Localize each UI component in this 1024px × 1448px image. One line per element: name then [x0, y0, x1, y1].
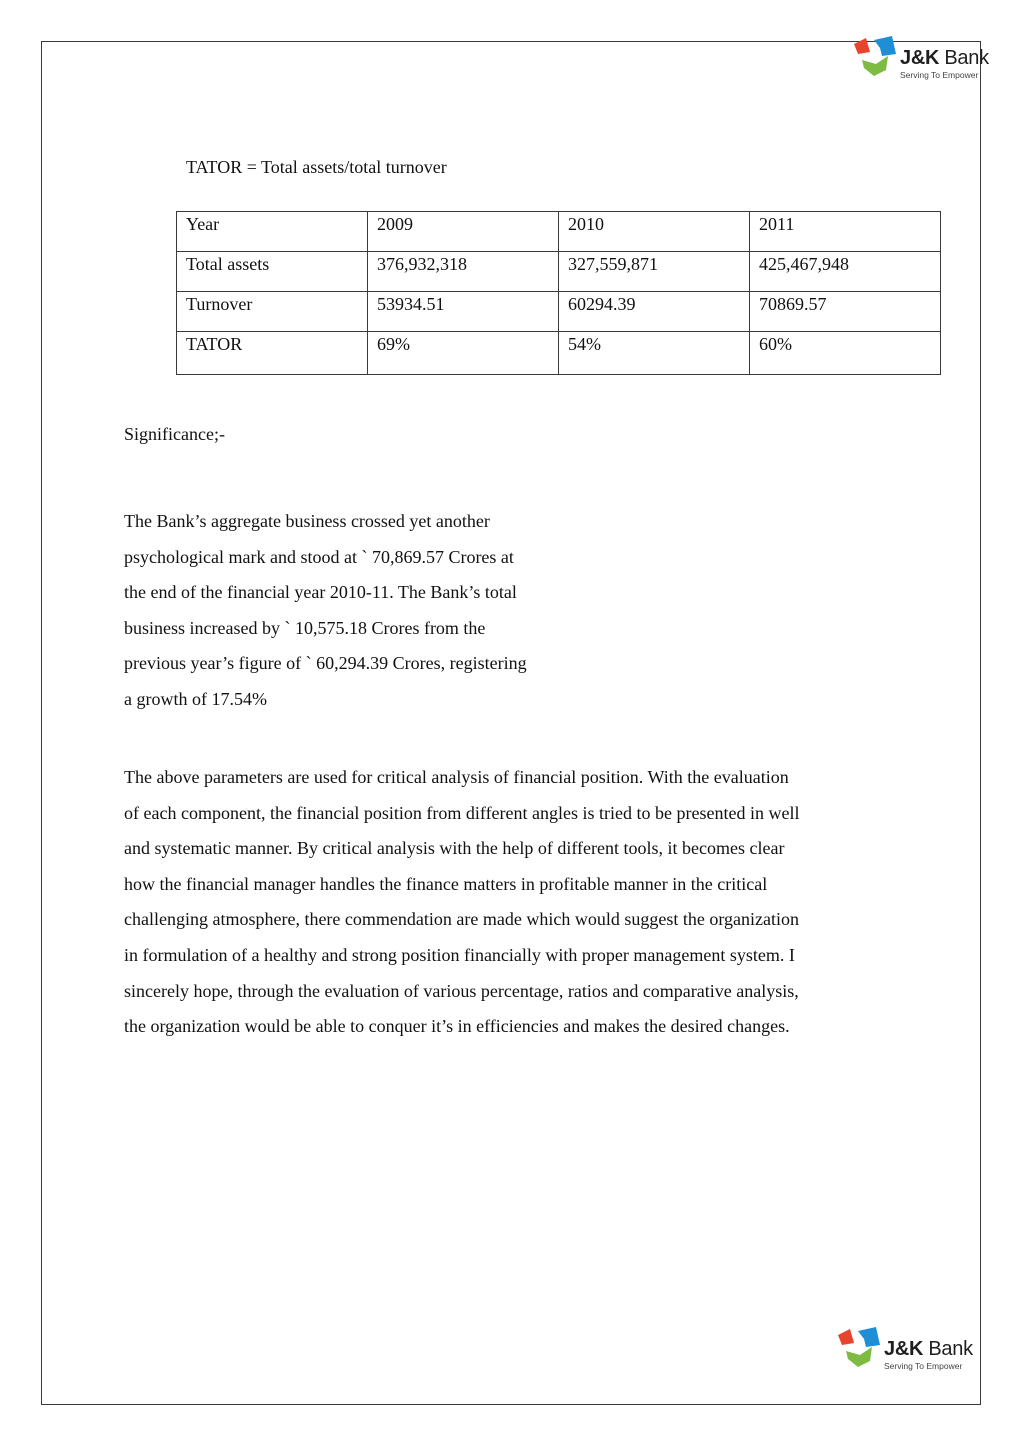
tator-table: Year200920102011Total assets376,932,3183…	[176, 211, 941, 375]
text-line: sincerely hope, through the evaluation o…	[124, 974, 924, 1010]
jk-bank-emblem-icon	[852, 34, 898, 78]
table-cell: 376,932,318	[368, 252, 559, 292]
jk-bank-emblem-icon	[836, 1325, 882, 1369]
jk-bank-logo-bottom: J&K Bank Serving To Empower	[836, 1325, 973, 1371]
text-line: in formulation of a healthy and strong p…	[124, 938, 924, 974]
text-line: a growth of 17.54%	[124, 682, 594, 718]
text-line: challenging atmosphere, there commendati…	[124, 902, 924, 938]
text-line: of each component, the financial positio…	[124, 796, 924, 832]
table-header-row: Year200920102011	[177, 212, 941, 252]
table-cell: 425,467,948	[750, 252, 941, 292]
text-line: how the financial manager handles the fi…	[124, 867, 924, 903]
table-row: Turnover53934.5160294.3970869.57	[177, 292, 941, 332]
text-line: previous year’s figure of ` 60,294.39 Cr…	[124, 646, 594, 682]
table-cell: 2010	[559, 212, 750, 252]
table-row-label: Year	[177, 212, 368, 252]
table-cell: 60294.39	[559, 292, 750, 332]
brand-tagline: Serving To Empower	[900, 70, 989, 80]
jk-bank-logo-top: J&K Bank Serving To Empower	[852, 34, 989, 80]
text-line: psychological mark and stood at ` 70,869…	[124, 540, 594, 576]
table-cell: 70869.57	[750, 292, 941, 332]
table-cell: 327,559,871	[559, 252, 750, 292]
significance-heading: Significance;-	[124, 424, 225, 445]
brand-name: J&K Bank	[884, 1339, 973, 1359]
table-cell: 2011	[750, 212, 941, 252]
table-cell: 54%	[559, 332, 750, 375]
text-line: the organization would be able to conque…	[124, 1009, 924, 1045]
table-cell: 60%	[750, 332, 941, 375]
table-row: Total assets376,932,318327,559,871425,46…	[177, 252, 941, 292]
text-line: The Bank’s aggregate business crossed ye…	[124, 504, 594, 540]
text-line: and systematic manner. By critical analy…	[124, 831, 924, 867]
table-row-label: Turnover	[177, 292, 368, 332]
table-cell: 53934.51	[368, 292, 559, 332]
conclusion-paragraph: The above parameters are used for critic…	[124, 760, 924, 1045]
brand-name: J&K Bank	[900, 48, 989, 68]
table-row-label: TATOR	[177, 332, 368, 375]
text-line: the end of the financial year 2010-11. T…	[124, 575, 594, 611]
table-cell: 2009	[368, 212, 559, 252]
tator-formula: TATOR = Total assets/total turnover	[186, 157, 447, 178]
text-line: The above parameters are used for critic…	[124, 760, 924, 796]
table-cell: 69%	[368, 332, 559, 375]
table-row: TATOR69%54%60%	[177, 332, 941, 375]
significance-paragraph: The Bank’s aggregate business crossed ye…	[124, 504, 594, 718]
table-row-label: Total assets	[177, 252, 368, 292]
brand-tagline: Serving To Empower	[884, 1361, 973, 1371]
text-line: business increased by ` 10,575.18 Crores…	[124, 611, 594, 647]
